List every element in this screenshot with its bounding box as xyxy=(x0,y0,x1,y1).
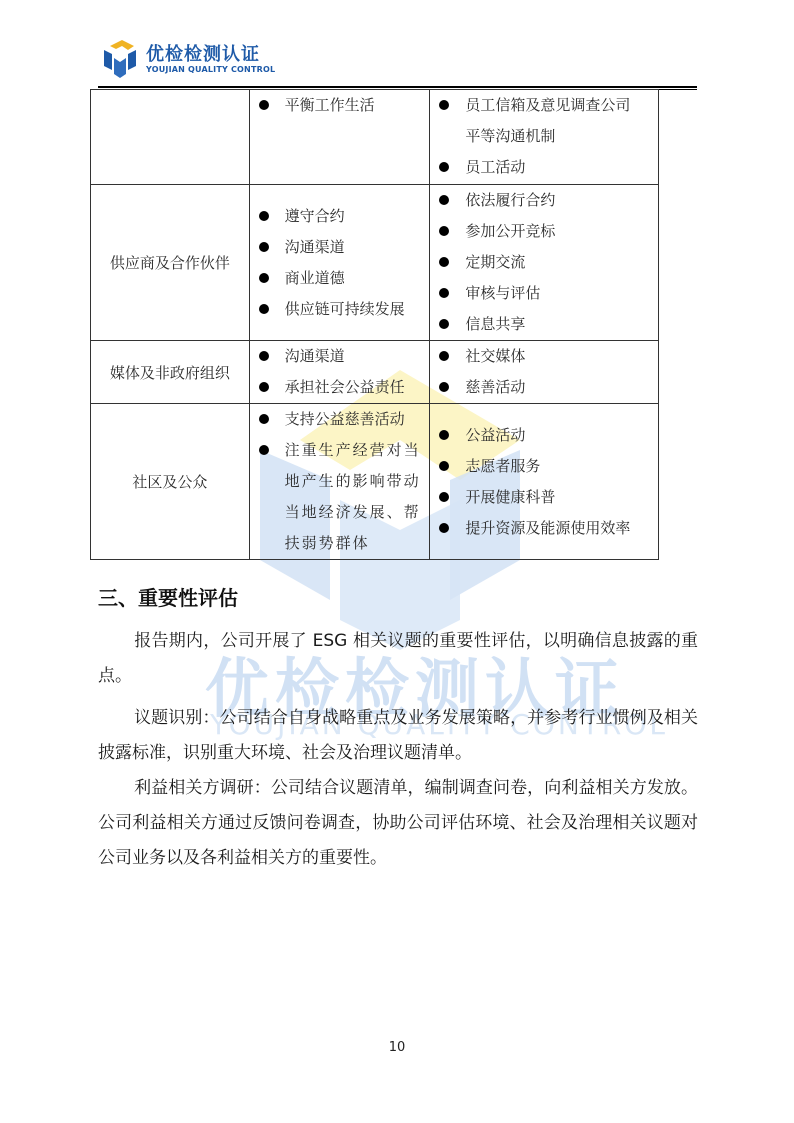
logo-name-cn: 优检检测认证 xyxy=(146,40,260,66)
bullet-icon xyxy=(439,492,449,502)
list-item: 参加公开竞标 xyxy=(436,216,654,247)
channels-cell: 社交媒体 慈善活动 xyxy=(430,341,659,404)
bullet-icon xyxy=(439,461,449,471)
channels-cell: 依法履行合约 参加公开竞标 定期交流 审核与评估 信息共享 xyxy=(430,185,659,341)
list-item: 承担社会公益责任 xyxy=(256,372,426,403)
list-item: 员工信箱及意见调查公司平等沟通机制 xyxy=(436,90,654,152)
stakeholder-cell: 社区及公众 xyxy=(91,404,250,560)
table-row: 供应商及合作伙伴 遵守合约 沟通渠道 商业道德 供应链可持续发展 依法履行合约 … xyxy=(91,185,659,341)
logo-mark-icon xyxy=(102,40,138,78)
list-item: 慈善活动 xyxy=(436,372,654,403)
bullet-icon xyxy=(259,211,269,221)
bullet-icon xyxy=(259,304,269,314)
list-item: 审核与评估 xyxy=(436,278,654,309)
bullet-icon xyxy=(439,430,449,440)
paragraph: 报告期内，公司开展了 ESG 相关议题的重要性评估，以明确信息披露的重点。 xyxy=(98,624,698,694)
concerns-cell: 遵守合约 沟通渠道 商业道德 供应链可持续发展 xyxy=(249,185,430,341)
bullet-icon xyxy=(439,195,449,205)
bullet-icon xyxy=(439,351,449,361)
bullet-icon xyxy=(439,319,449,329)
list-item: 沟通渠道 xyxy=(256,341,426,372)
paragraph: 议题识别：公司结合自身战略重点及业务发展策略，并参考行业惯例及相关披露标准，识别… xyxy=(98,701,698,771)
bullet-icon xyxy=(439,382,449,392)
list-item: 公益活动 xyxy=(436,420,654,451)
bullet-icon xyxy=(259,382,269,392)
list-item: 社交媒体 xyxy=(436,341,654,372)
stakeholder-cell: 供应商及合作伙伴 xyxy=(91,185,250,341)
stakeholder-cell: 媒体及非政府组织 xyxy=(91,341,250,404)
bullet-icon xyxy=(259,273,269,283)
bullet-icon xyxy=(259,100,269,110)
list-item: 遵守合约 xyxy=(256,201,426,232)
table-row: 社区及公众 支持公益慈善活动 注重生产经营对当地产生的影响带动当地经济发展、帮扶… xyxy=(91,404,659,560)
list-item: 提升资源及能源使用效率 xyxy=(436,513,654,544)
concerns-cell: 支持公益慈善活动 注重生产经营对当地产生的影响带动当地经济发展、帮扶弱势群体 xyxy=(249,404,430,560)
list-item: 商业道德 xyxy=(256,263,426,294)
list-item: 供应链可持续发展 xyxy=(256,294,426,325)
list-item: 员工活动 xyxy=(436,152,654,183)
page-number: 10 xyxy=(0,1040,794,1055)
section-heading: 三、重要性评估 xyxy=(98,582,238,611)
list-item: 注重生产经营对当地产生的影响带动当地经济发展、帮扶弱势群体 xyxy=(256,435,426,559)
bullet-icon xyxy=(259,242,269,252)
channels-cell: 公益活动 志愿者服务 开展健康科普 提升资源及能源使用效率 xyxy=(430,404,659,560)
list-item: 支持公益慈善活动 xyxy=(256,404,426,435)
logo-name-en: YOUJIAN QUALITY CONTROL xyxy=(146,65,275,74)
list-item: 志愿者服务 xyxy=(436,451,654,482)
concerns-cell: 平衡工作生活 xyxy=(249,90,430,185)
bullet-icon xyxy=(439,288,449,298)
stakeholder-table: 平衡工作生活 员工信箱及意见调查公司平等沟通机制 员工活动 供应商及合作伙伴 遵… xyxy=(90,89,659,560)
company-logo: 优检检测认证 YOUJIAN QUALITY CONTROL xyxy=(102,38,272,82)
paragraph: 利益相关方调研：公司结合议题清单，编制调查问卷，向利益相关方发放。公司利益相关方… xyxy=(98,771,698,876)
list-item: 定期交流 xyxy=(436,247,654,278)
header-divider xyxy=(98,86,697,88)
bullet-icon xyxy=(439,100,449,110)
concerns-cell: 沟通渠道 承担社会公益责任 xyxy=(249,341,430,404)
bullet-icon xyxy=(439,523,449,533)
bullet-icon xyxy=(259,445,269,455)
list-item: 沟通渠道 xyxy=(256,232,426,263)
list-item: 信息共享 xyxy=(436,309,654,340)
bullet-icon xyxy=(259,414,269,424)
list-item: 开展健康科普 xyxy=(436,482,654,513)
channels-cell: 员工信箱及意见调查公司平等沟通机制 员工活动 xyxy=(430,90,659,185)
stakeholder-cell xyxy=(91,90,250,185)
table-row: 平衡工作生活 员工信箱及意见调查公司平等沟通机制 员工活动 xyxy=(91,90,659,185)
bullet-icon xyxy=(439,162,449,172)
bullet-icon xyxy=(439,226,449,236)
list-item: 依法履行合约 xyxy=(436,185,654,216)
table-row: 媒体及非政府组织 沟通渠道 承担社会公益责任 社交媒体 慈善活动 xyxy=(91,341,659,404)
bullet-icon xyxy=(259,351,269,361)
bullet-icon xyxy=(439,257,449,267)
list-item: 平衡工作生活 xyxy=(256,90,426,121)
